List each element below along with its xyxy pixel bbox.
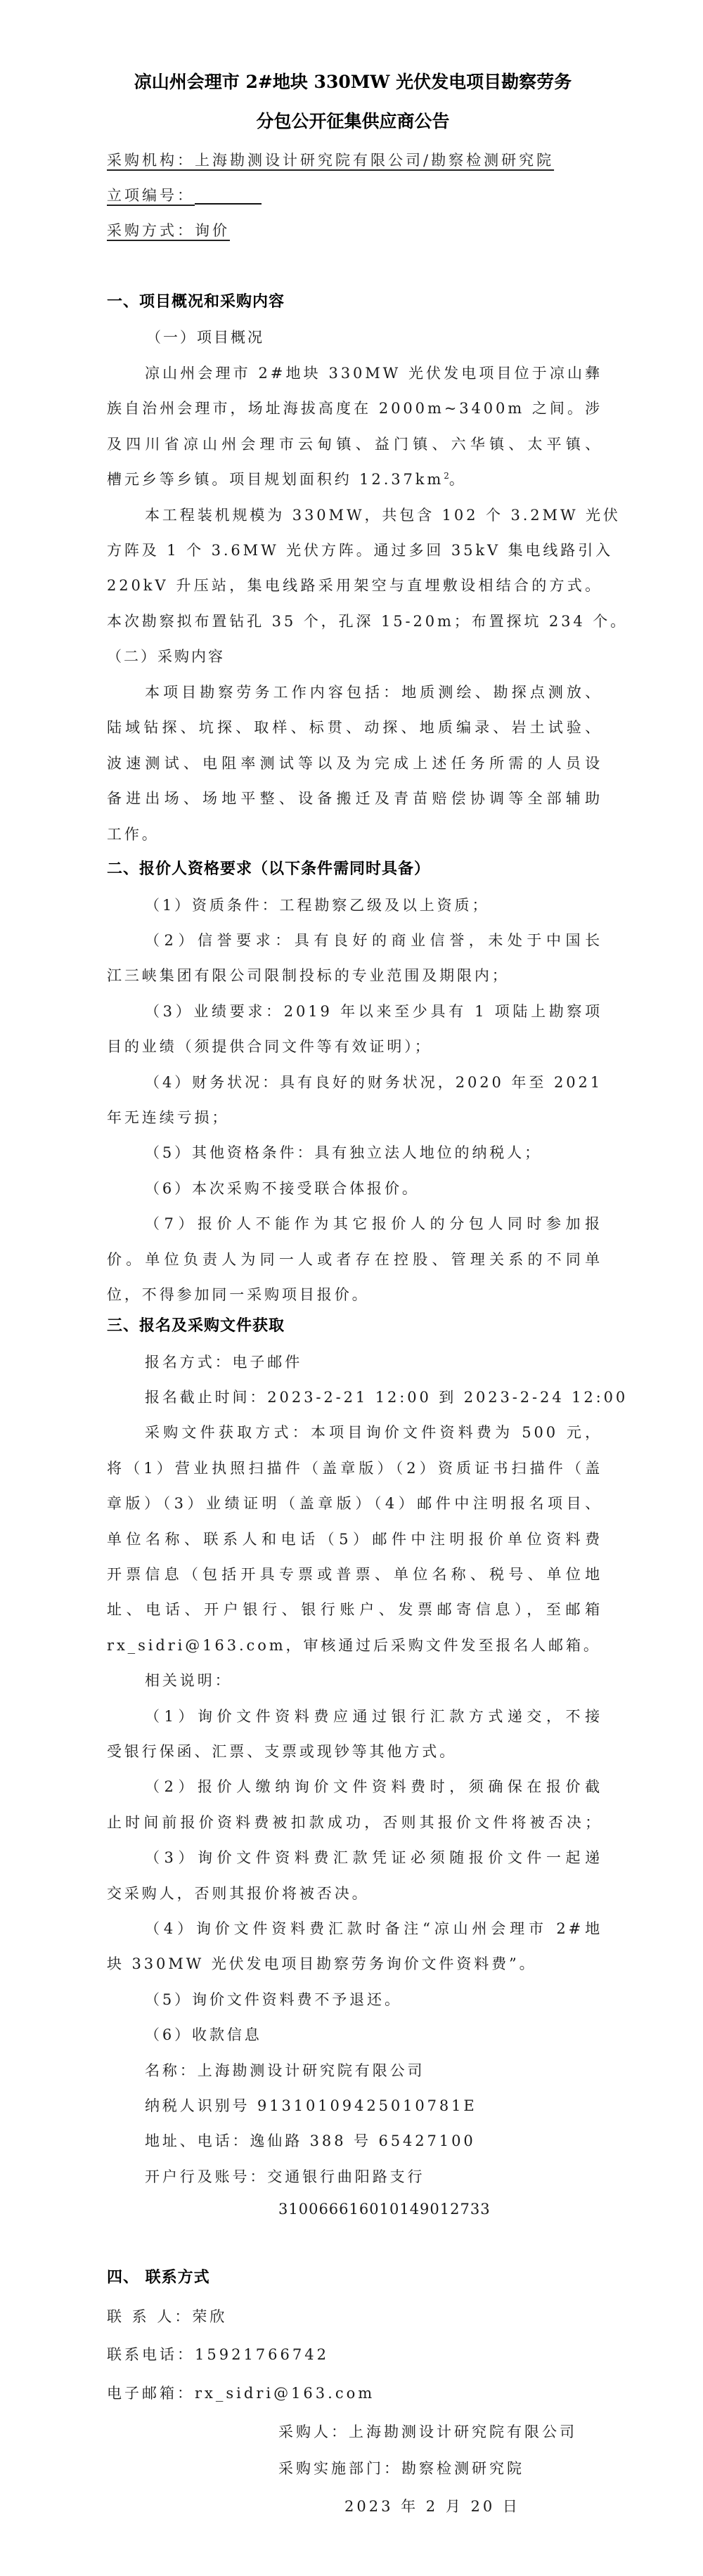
procurement-method-value: 询价 (195, 222, 230, 239)
paragraph-line: （4）询价文件资料费汇款时备注“凉山州会理市 2#地 (107, 1911, 602, 1946)
paragraph-line: （3）业绩要求：2019 年以来至少具有 1 项陆上勘察项 (107, 994, 602, 1029)
paragraph-line: （5）询价文件资料费不予退还。 (107, 1982, 602, 2017)
contact-phone-label: 联系电话： (107, 2346, 195, 2363)
contact-person-label: 联 系 人： (107, 2308, 192, 2325)
paragraph-line: 波速测试、电阻率测试等以及为完成上述任务所需的人员设 (107, 746, 602, 781)
contact-phone-value: 15921766742 (195, 2346, 329, 2363)
contact-email-label: 电子邮箱： (107, 2385, 195, 2402)
paragraph-line: 本工程装机规模为 330MW，共包含 102 个 3.2MW 光伏 (107, 498, 602, 533)
paragraph-line: 块 330MW 光伏发电项目勘察劳务询价文件资料费”。 (107, 1946, 602, 1981)
paragraph-line: （1）询价文件资料费应通过银行汇款方式递交，不接 (107, 1699, 602, 1734)
bank-account-number: 310066616010149012733 (278, 2192, 491, 2227)
paragraph-line: （5）其他资格条件：具有独立法人地位的纳税人； (107, 1135, 602, 1170)
paragraph-line: 开户行及账号：交通银行曲阳路支行 (107, 2159, 602, 2194)
paragraph-line: 交采购人，否则其报价将被否决。 (107, 1876, 602, 1911)
paragraph-line: 单位名称、联系人和电话（5）邮件中注明报价单位资料费 (107, 1522, 602, 1557)
procurement-method: 采购方式：询价 (107, 213, 230, 248)
procurement-agency-label: 采购机构： (107, 152, 195, 169)
project-number-blank (195, 202, 262, 205)
paragraph-line: 年无连续亏损； (107, 1100, 602, 1135)
section-4-heading: 四、 联系方式 (107, 2260, 210, 2296)
area-superscript: 2 (444, 471, 449, 481)
procurement-agency-value: 上海勘测设计研究院有限公司/勘察检测研究院 (195, 152, 554, 169)
contact-email: 电子邮箱：rx_sidri@163.com (107, 2375, 375, 2412)
paragraph-line: 地址、电话：逸仙路 388 号 65427100 (107, 2123, 602, 2158)
announcement-page: 凉山州会理市 2#地块 330MW 光伏发电项目勘察劳务 分包公开征集供应商公告… (0, 0, 703, 2576)
contact-person-value: 荣欣 (192, 2308, 227, 2325)
paragraph-line: 江三峡集团有限公司限制投标的专业范围及期限内； (107, 958, 602, 993)
section-1-heading: 一、项目概况和采购内容 (107, 285, 285, 320)
paragraph-line: 将（1）营业执照扫描件（盖章版）（2）资质证书扫描件（盖 (107, 1451, 602, 1486)
paragraph-line: 址、电话、开户银行、银行账户、发票邮寄信息），至邮箱 (107, 1592, 602, 1627)
section-2-heading: 二、报价人资格要求（以下条件需同时具备） (107, 852, 430, 887)
paragraph-line: 备进出场、场地平整、设备搬迁及青苗赔偿协调等全部辅助 (107, 781, 602, 816)
paragraph-line: 章版）（3）业绩证明（盖章版）（4）邮件中注明报名项目、 (107, 1486, 602, 1521)
document-title-line-1: 凉山州会理市 2#地块 330MW 光伏发电项目勘察劳务 (107, 63, 599, 102)
contact-email-value[interactable]: rx_sidri@163.com (195, 2385, 375, 2402)
paragraph-line: 价。单位负责人为同一人或者存在控股、管理关系的不同单 (107, 1242, 602, 1277)
paragraph-line: 本项目勘察劳务工作内容包括：地质测绘、勘探点测放、 (107, 675, 602, 710)
paragraph-line: 陆域钻探、坑探、取样、标贯、动探、地质编录、岩土试验、 (107, 710, 602, 745)
signature-department: 采购实施部门：勘察检测研究院 (278, 2450, 524, 2487)
section-3-heading: 三、报名及采购文件获取 (107, 1309, 285, 1344)
paragraph-line: 位，不得参加同一采购项目报价。 (107, 1277, 602, 1312)
paragraph-line: 报名截止时间：2023-2-21 12:00 到 2023-2-24 12:00 (107, 1380, 602, 1415)
section-1-subheading-content: （二）采购内容 (107, 639, 225, 674)
paragraph-line: 纳税人识别号 91310109425010781E (107, 2088, 602, 2123)
paragraph-line: 目的业绩（须提供合同文件等有效证明）； (107, 1029, 602, 1064)
paragraph-line: （2）报价人缴纳询价文件资料费时，须确保在报价截 (107, 1769, 602, 1804)
paragraph-line: 槽元乡等乡镇。项目规划面积约 12.37km2。 (107, 462, 602, 497)
procurement-agency: 采购机构：上海勘测设计研究院有限公司/勘察检测研究院 (107, 143, 554, 178)
paragraph-line: 本次勘察拟布置钻孔 35 个，孔深 15-20m；布置探坑 234 个。 (107, 604, 602, 639)
paragraph-line: （3）询价文件资料费汇款凭证必须随报价文件一起递 (107, 1840, 602, 1875)
paragraph-line: 采购文件获取方式：本项目询价文件资料费为 500 元， (107, 1415, 602, 1450)
document-title-line-2: 分包公开征集供应商公告 (107, 102, 599, 141)
paragraph-line: 受银行保函、汇票、支票或现钞等其他方式。 (107, 1734, 602, 1769)
paragraph-line: 止时间前报价资料费被扣款成功，否则其报价文件将被否决； (107, 1805, 602, 1840)
paragraph-line: 方阵及 1 个 3.6MW 光伏方阵。通过多回 35kV 集电线路引入 (107, 533, 602, 568)
paragraph-line: 报名方式：电子邮件 (107, 1345, 602, 1380)
project-number: 立项编号： (107, 178, 262, 213)
paragraph-line: 凉山州会理市 2#地块 330MW 光伏发电项目位于凉山彝 (107, 356, 602, 391)
paragraph-line: 名称：上海勘测设计研究院有限公司 (107, 2053, 602, 2088)
paragraph-line: rx_sidri@163.com，审核通过后采购文件发至报名人邮箱。 (107, 1628, 602, 1663)
paragraph-line: （6）收款信息 (107, 2017, 602, 2052)
paragraph-line: 族自治州会理市，场址海拔高度在 2000m~3400m 之间。涉 (107, 391, 602, 426)
paragraph-line: （7）报价人不能作为其它报价人的分包人同时参加报 (107, 1206, 602, 1241)
paragraph-line: （4）财务状况：具有良好的财务状况，2020 年至 2021 (107, 1065, 602, 1100)
procurement-method-label: 采购方式： (107, 222, 195, 239)
signature-purchaser: 采购人：上海勘测设计研究院有限公司 (278, 2414, 577, 2450)
section-1-subheading-overview: （一）项目概况 (107, 320, 264, 355)
paragraph-line: 及四川省凉山州会理市云甸镇、益门镇、六华镇、太平镇、 (107, 427, 602, 462)
paragraph-line: 220kV 升压站，集电线路采用架空与直埋敷设相结合的方式。 (107, 568, 602, 603)
contact-phone: 联系电话：15921766742 (107, 2336, 329, 2373)
area-period: 。 (449, 471, 467, 488)
paragraph-line: 相关说明： (107, 1663, 602, 1698)
area-text: 槽元乡等乡镇。项目规划面积约 12.37km (107, 471, 444, 488)
contact-person: 联 系 人：荣欣 (107, 2298, 227, 2335)
paragraph-line: 工作。 (107, 817, 602, 852)
signature-date: 2023 年 2 月 20 日 (344, 2488, 520, 2525)
paragraph-line: （1）资质条件：工程勘察乙级及以上资质； (107, 888, 602, 923)
paragraph-line: （6）本次采购不接受联合体报价。 (107, 1171, 602, 1206)
paragraph-line: 开票信息（包括开具专票或普票、单位名称、税号、单位地 (107, 1557, 602, 1592)
paragraph-line: （2）信誉要求：具有良好的商业信誉，未处于中国长 (107, 923, 602, 958)
project-number-label: 立项编号： (107, 187, 195, 204)
